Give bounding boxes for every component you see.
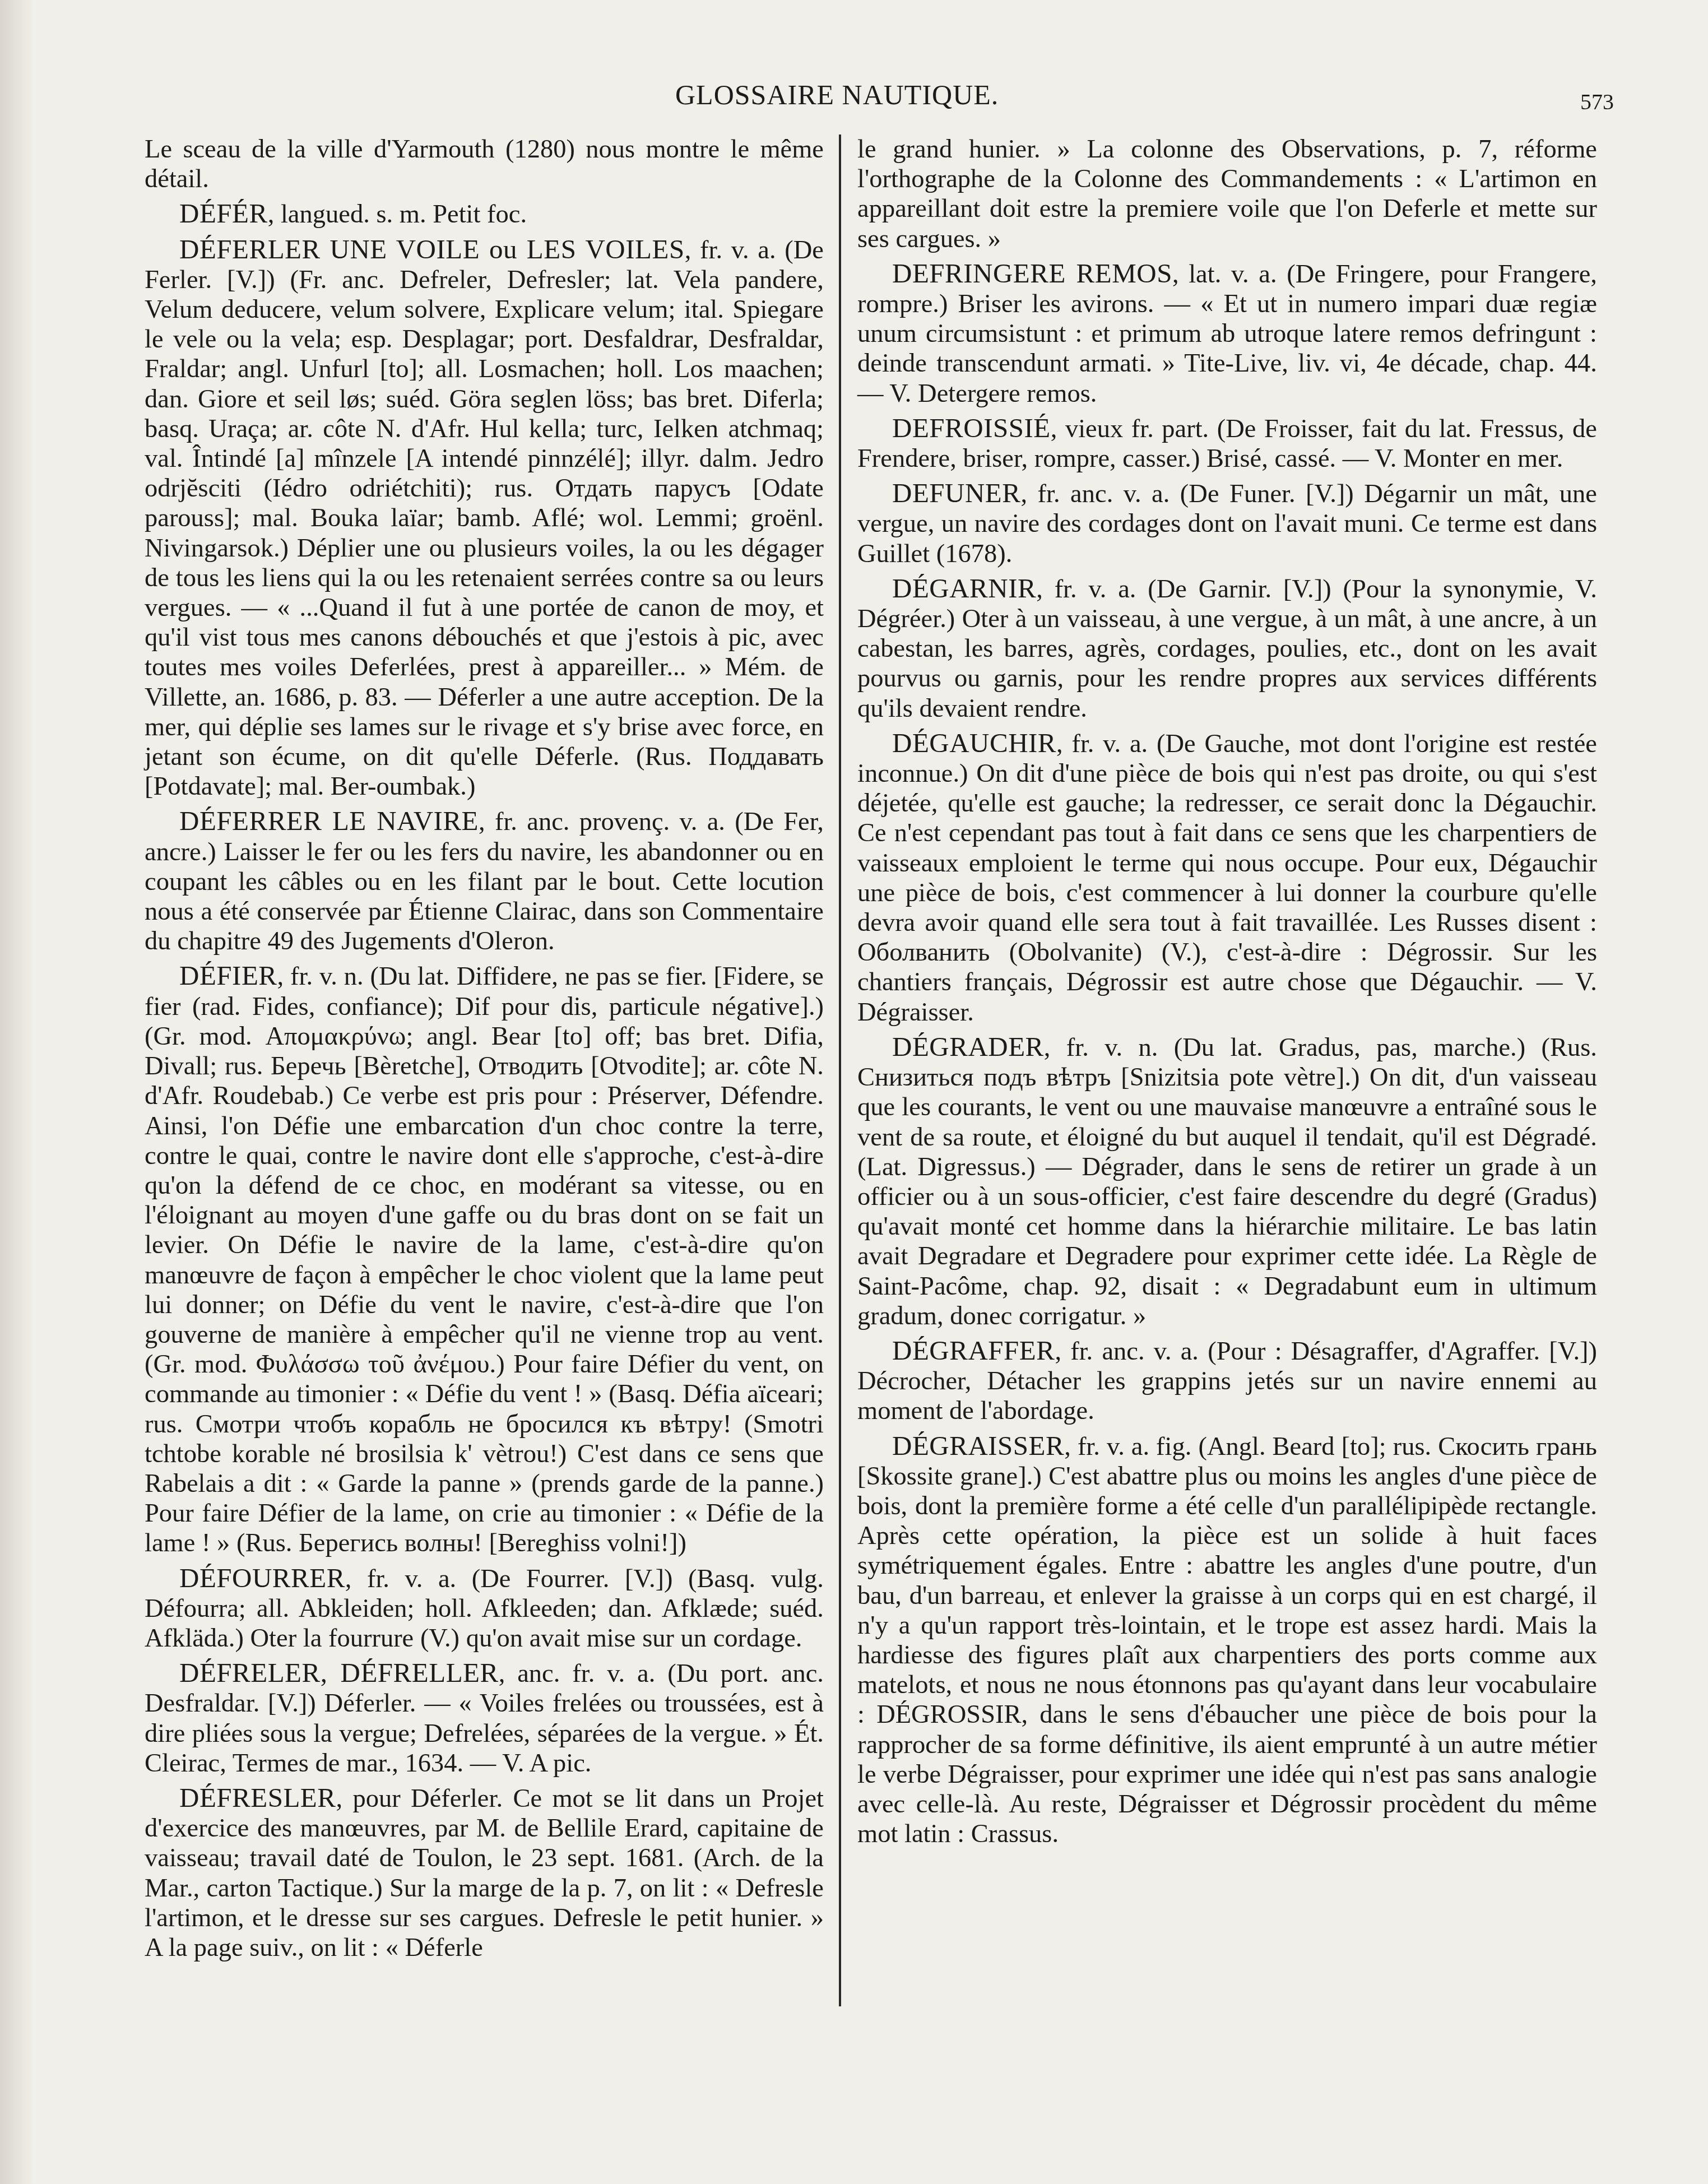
headword: DÉGAUCHIR — [892, 727, 1056, 758]
headword: DEFROISSIÉ — [892, 412, 1051, 443]
headword: DEFRINGERE REMOS — [892, 258, 1172, 289]
page-header: GLOSSAIRE NAUTIQUE. 573 — [0, 78, 1708, 123]
glossary-entry: DÉFÉR, langued. s. m. Petit foc. — [145, 198, 824, 229]
headword: DÉGRAISSER — [892, 1430, 1064, 1461]
glossary-entry: DÉGRAISSER, fr. v. a. fig. (Angl. Beard … — [857, 1431, 1597, 1849]
page-number: 573 — [1580, 89, 1614, 115]
glossary-entry: DÉFOURRER, fr. v. a. (De Fourrer. [V.]) … — [145, 1563, 824, 1654]
glossary-entry: DEFRINGERE REMOS, lat. v. a. (De Fringer… — [857, 258, 1597, 409]
entry-text: , langued. s. m. Petit foc. — [268, 200, 527, 229]
glossary-entry: DÉFRESLER, pour Déferler. Ce mot se lit … — [145, 1783, 824, 1963]
continuation-paragraph: Le sceau de la ville d'Yarmouth (1280) n… — [145, 135, 824, 194]
entry-text: , fr. v. a. (De Gauche, mot dont l'origi… — [857, 730, 1597, 1027]
running-title: GLOSSAIRE NAUTIQUE. — [675, 78, 999, 111]
headword: DÉFRELER, DÉFRELLER — [179, 1657, 499, 1688]
left-column: Le sceau de la ville d'Yarmouth (1280) n… — [145, 135, 824, 1967]
page-gutter-shadow — [0, 0, 34, 2184]
headword: DÉFRESLER — [179, 1782, 336, 1813]
glossary-entry: DEFROISSIÉ, vieux fr. part. (De Froisser… — [857, 413, 1597, 474]
right-column: le grand hunier. » La colonne des Observ… — [857, 135, 1597, 1853]
entry-text: , fr. v. a. (De Ferler. [V.]) (Fr. anc. … — [145, 236, 824, 801]
headword: DÉFÉR — [179, 198, 268, 229]
glossary-entry: DEFUNER, fr. anc. v. a. (De Funer. [V.])… — [857, 478, 1597, 569]
paragraph-text: le grand hunier. » La colonne des Observ… — [857, 135, 1597, 253]
continuation-paragraph: le grand hunier. » La colonne des Observ… — [857, 135, 1597, 254]
glossary-entry: DÉFERRER LE NAVIRE, fr. anc. provenç. v.… — [145, 806, 824, 956]
entry-text: , fr. v. a. fig. (Angl. Beard [to]; rus.… — [857, 1432, 1597, 1849]
column-divider — [839, 135, 841, 2006]
glossary-entry: DÉFERLER UNE VOILE ou LES VOILES, fr. v.… — [145, 234, 824, 802]
glossary-entry: DÉGRAFFER, fr. anc. v. a. (Pour : Désagr… — [857, 1336, 1597, 1426]
glossary-entry: DÉGRADER, fr. v. n. (Du lat. Gradus, pas… — [857, 1032, 1597, 1331]
glossary-entry: DÉFRELER, DÉFRELLER, anc. fr. v. a. (Du … — [145, 1658, 824, 1778]
headword: DÉGRAFFER — [892, 1335, 1055, 1366]
headword: DEFUNER — [892, 477, 1020, 508]
headword: DÉFERLER UNE VOILE ou LES VOILES — [179, 234, 685, 265]
glossary-entry: DÉGAUCHIR, fr. v. a. (De Gauche, mot don… — [857, 728, 1597, 1027]
headword: DÉFIER — [179, 960, 277, 991]
glossary-entry: DÉGARNIR, fr. v. a. (De Garnir. [V.]) (P… — [857, 573, 1597, 724]
paragraph-text: Le sceau de la ville d'Yarmouth (1280) n… — [145, 135, 824, 193]
entry-text: , fr. v. n. (Du lat. Diffidere, ne pas s… — [145, 962, 824, 1557]
headword: DÉFERRER LE NAVIRE — [179, 805, 479, 836]
glossary-entry: DÉFIER, fr. v. n. (Du lat. Diffidere, ne… — [145, 961, 824, 1558]
headword: DÉGARNIR — [892, 573, 1036, 604]
headword: DÉGRADER — [892, 1031, 1044, 1062]
headword: DÉFOURRER — [179, 1562, 345, 1593]
entry-text: , fr. v. n. (Du lat. Gradus, pas, marche… — [857, 1033, 1597, 1330]
